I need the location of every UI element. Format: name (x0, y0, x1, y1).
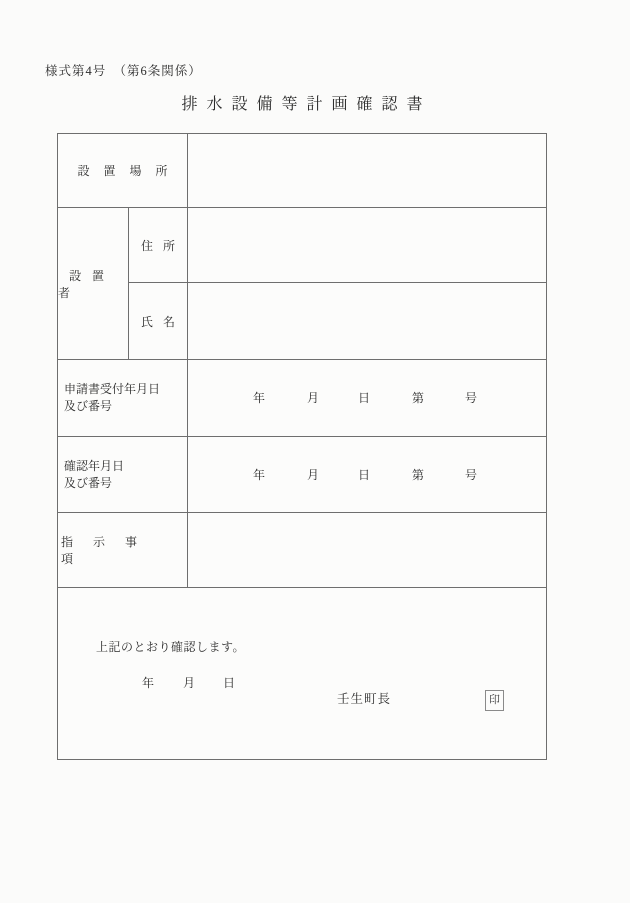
installer-address-label-cell: 住所 (129, 208, 188, 283)
receipt-day-label: 日 (358, 392, 370, 404)
confirmation-statement: 上記のとおり確認します。 (96, 640, 245, 654)
receipt-number-suffix: 号 (465, 392, 477, 404)
confirmation-number-suffix: 号 (465, 469, 477, 481)
installer-label: 設置者 (58, 267, 128, 301)
confirmation-form-table: 設置場所 設置者 住所 氏名 申請書受付年月日 及び番号 年 月 日 第 号 確… (57, 133, 547, 760)
seal-box: 印 (485, 690, 504, 711)
confirmation-footer-cell: 上記のとおり確認します。 年 月 日 壬生町長 印 (58, 588, 546, 759)
receipt-month-label: 月 (307, 392, 319, 404)
form-number: 様式第4号 （第6条関係） (45, 64, 202, 78)
installer-name-label-cell: 氏名 (129, 283, 188, 360)
receipt-date-label-line2: 及び番号 (64, 398, 187, 415)
page-title: 排水設備等計画確認書 (57, 96, 547, 114)
instructions-label-cell: 指示事項 (58, 513, 188, 588)
confirmation-day-label: 日 (358, 469, 370, 481)
confirmation-year-label: 年 (253, 469, 265, 481)
confirmation-date-label-cell: 確認年月日 及び番号 (58, 437, 188, 513)
confirmation-number-prefix: 第 (412, 469, 424, 481)
confirmation-date-label-line2: 及び番号 (64, 475, 187, 492)
seal-label: 印 (489, 695, 500, 706)
mayor-title: 壬生町長 (337, 693, 391, 706)
installer-label-cell: 設置者 (58, 208, 129, 360)
name-label: 氏名 (131, 313, 185, 330)
footer-month-label: 月 (183, 677, 195, 689)
footer-year-label: 年 (142, 677, 154, 689)
installation-site-label: 設置場所 (63, 162, 181, 179)
receipt-number-prefix: 第 (412, 392, 424, 404)
installation-site-value-cell (188, 134, 546, 208)
receipt-date-label-line1: 申請書受付年月日 (64, 381, 187, 398)
confirmation-date-label-line1: 確認年月日 (64, 458, 187, 475)
installation-site-label-cell: 設置場所 (58, 134, 188, 208)
receipt-date-value-cell: 年 月 日 第 号 (188, 360, 546, 437)
address-label: 住所 (131, 237, 185, 254)
receipt-date-label-cell: 申請書受付年月日 及び番号 (58, 360, 188, 437)
confirmation-date-value-cell: 年 月 日 第 号 (188, 437, 546, 513)
installer-name-value-cell (188, 283, 546, 360)
installer-address-value-cell (188, 208, 546, 283)
receipt-year-label: 年 (253, 392, 265, 404)
document-page: 様式第4号 （第6条関係） 排水設備等計画確認書 設置場所 設置者 住所 氏名 … (0, 0, 630, 903)
footer-day-label: 日 (223, 677, 235, 689)
instructions-label: 指示事項 (61, 533, 187, 567)
confirmation-month-label: 月 (307, 469, 319, 481)
instructions-value-cell (188, 513, 546, 588)
